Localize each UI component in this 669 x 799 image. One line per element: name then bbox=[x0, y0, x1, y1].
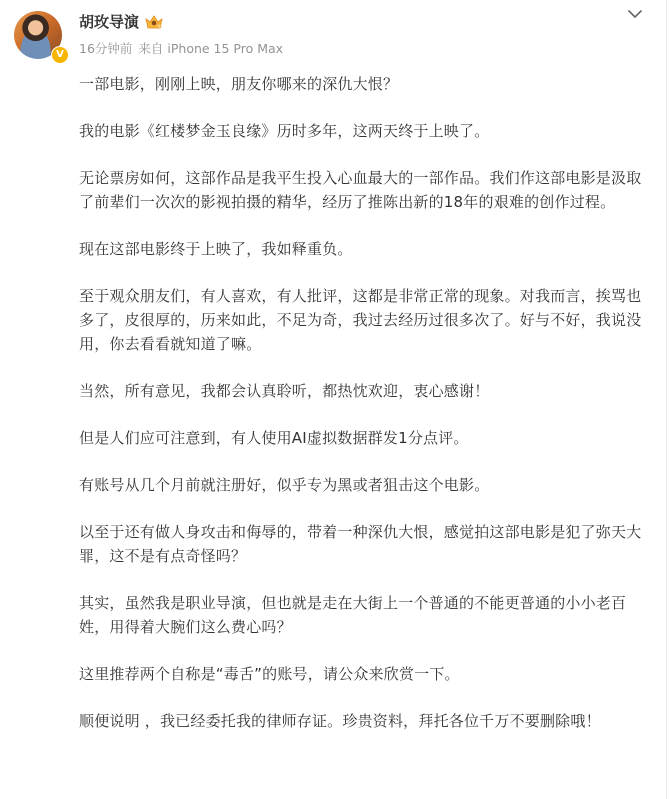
paragraph: 一部电影，刚刚上映，朋友你哪来的深仇大恨？ bbox=[79, 72, 651, 96]
paragraph: 但是人们应可注意到，有人使用AI虚拟数据群发1分点评。 bbox=[79, 426, 651, 450]
paragraph: 无论票房如何，这部作品是我平生投入心血最大的一部作品。我们作这部电影是汲取了前辈… bbox=[79, 166, 651, 214]
post-source: 来自 iPhone 15 Pro Max bbox=[138, 41, 283, 56]
paragraph: 以至于还有做人身攻击和侮辱的，带着一种深仇大恨，感觉拍这部电影是犯了弥天大罪，这… bbox=[79, 520, 651, 568]
paragraph: 现在这部电影终于上映了，我如释重负。 bbox=[79, 237, 651, 261]
weibo-post-card: V 胡玫导演 16分钟前来自 iPhone 15 Pro Max 一部电影，刚刚… bbox=[0, 0, 667, 799]
paragraph: 至于观众朋友们，有人喜欢，有人批评，这都是非常正常的现象。对我而言，挨骂也多了，… bbox=[79, 284, 651, 356]
paragraph: 当然，所有意见，我都会认真聆听，都热忱欢迎，衷心感谢！ bbox=[79, 379, 651, 403]
post-header: V 胡玫导演 16分钟前来自 iPhone 15 Pro Max bbox=[12, 8, 652, 64]
author-row: 胡玫导演 bbox=[79, 10, 163, 32]
paragraph: 有账号从几个月前就注册好，似乎专为黑或者狙击这个电影。 bbox=[79, 473, 651, 497]
paragraph: 其实，虽然我是职业导演，但也就是走在大街上一个普通的不能更普通的小小老百姓，用得… bbox=[79, 591, 651, 639]
post-content: 一部电影，刚刚上映，朋友你哪来的深仇大恨？ 我的电影《红楼梦金玉良缘》历时多年，… bbox=[79, 72, 651, 756]
post-meta: 16分钟前来自 iPhone 15 Pro Max bbox=[79, 39, 283, 57]
paragraph: 顺便说明 ，我已经委托我的律师存证。珍贵资料，拜托各位千万不要删除哦！ bbox=[79, 709, 651, 733]
chevron-down-icon[interactable] bbox=[626, 6, 644, 20]
paragraph: 这里推荐两个自称是“毒舌”的账号，请公众来欣赏一下。 bbox=[79, 662, 651, 686]
paragraph: 我的电影《红楼梦金玉良缘》历时多年，这两天终于上映了。 bbox=[79, 119, 651, 143]
verified-badge: V bbox=[51, 46, 69, 64]
author-name[interactable]: 胡玫导演 bbox=[79, 11, 139, 32]
crown-icon[interactable] bbox=[145, 14, 163, 28]
post-time[interactable]: 16分钟前 bbox=[79, 41, 132, 56]
